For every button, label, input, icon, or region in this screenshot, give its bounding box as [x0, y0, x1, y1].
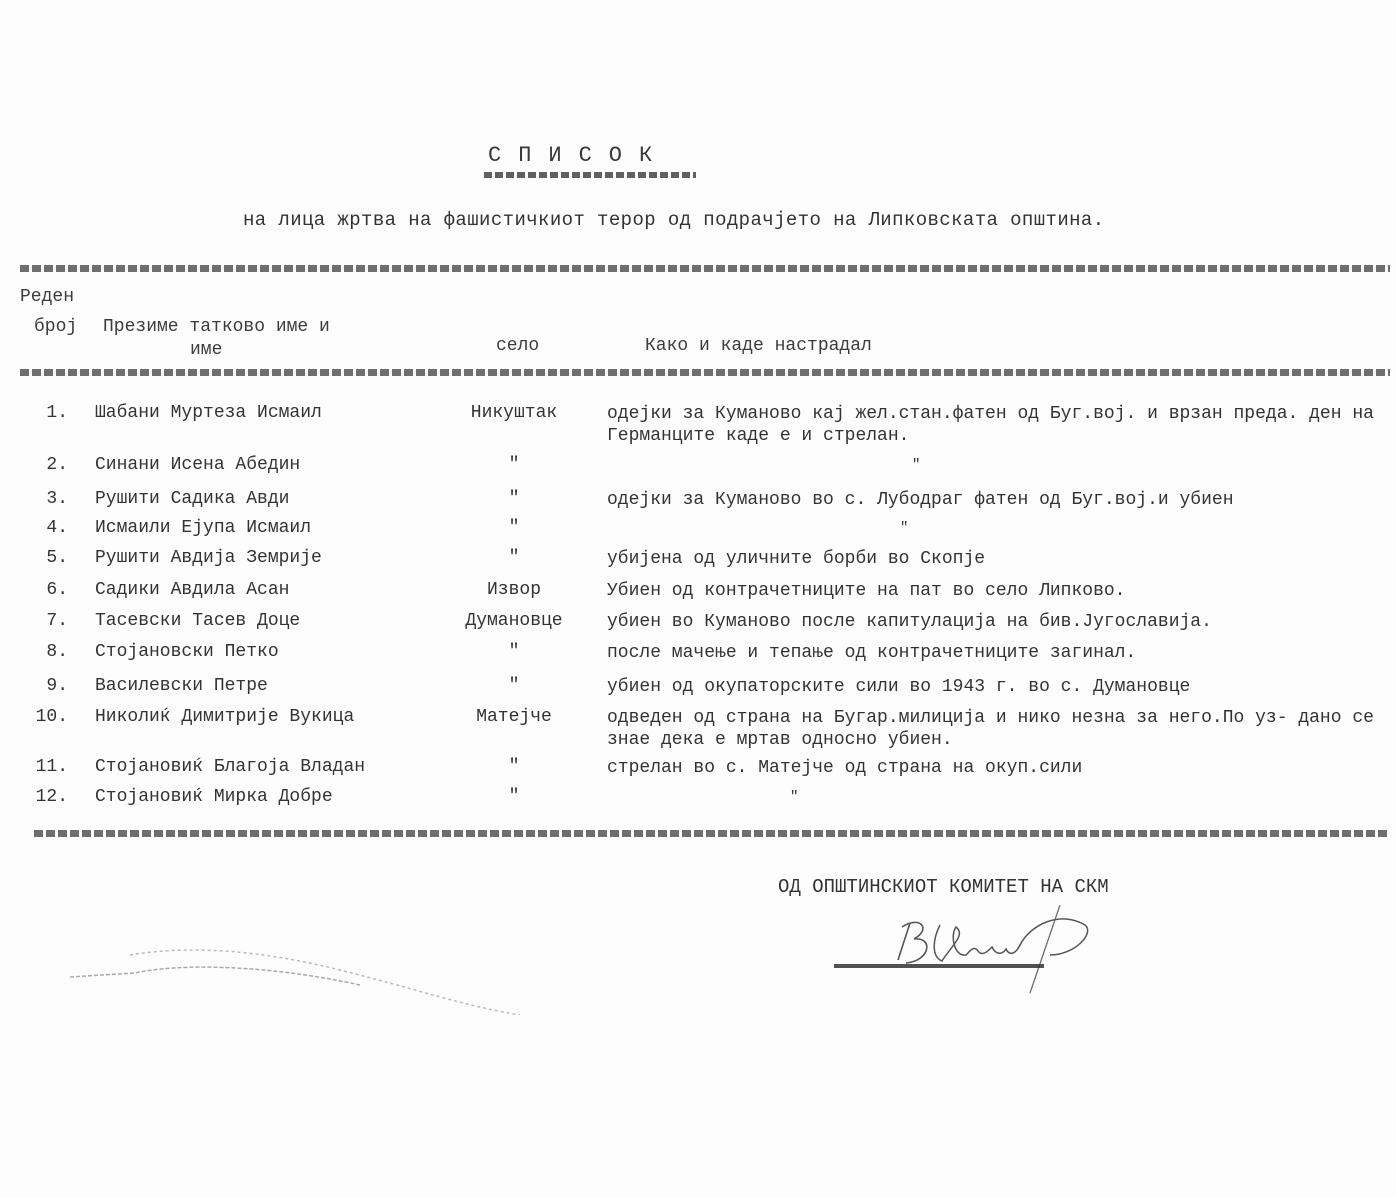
- row-description: одведен од страна на Бугар.милиција и ни…: [607, 707, 1396, 751]
- row-name: Синани Исена Абедин: [95, 455, 300, 475]
- table-bottom-rule: [34, 830, 1390, 837]
- footer-organization: ОД ОПШТИНСКИОТ КОМИТЕТ НА СКМ: [778, 876, 1109, 898]
- header-top-rule: [20, 265, 1390, 272]
- row-name: Шабани Муртеза Исмаил: [95, 403, 322, 423]
- row-number: 12.: [18, 787, 68, 807]
- signature-line: [834, 964, 1044, 968]
- row-name: Николиќ Димитрије Вукица: [95, 707, 354, 727]
- row-number: 7.: [18, 611, 68, 631]
- row-village: ": [454, 518, 574, 538]
- row-village: Думановце: [454, 611, 574, 631]
- row-number: 4.: [18, 518, 68, 538]
- row-village: ": [454, 642, 574, 662]
- row-village: ": [454, 455, 574, 475]
- row-name: Садики Авдила Асан: [95, 580, 289, 600]
- row-description-ditto: ": [912, 457, 920, 473]
- row-village: ": [454, 757, 574, 777]
- col-header-name-1: Презиме татково име и: [103, 317, 330, 337]
- row-description: после мачење и тепање од контрачетниците…: [607, 642, 1396, 664]
- row-name: Стојановски Петко: [95, 642, 279, 662]
- title-underline: [484, 172, 696, 178]
- row-village: Извор: [454, 580, 574, 600]
- row-number: 5.: [18, 548, 68, 568]
- row-number: 11.: [18, 757, 68, 777]
- row-village: ": [454, 548, 574, 568]
- row-number: 6.: [18, 580, 68, 600]
- col-header-number-2: број: [34, 317, 77, 337]
- col-header-number-1: Реден: [20, 287, 74, 307]
- row-description-ditto: ": [790, 789, 798, 805]
- row-name: Исмаили Ејупа Исмаил: [95, 518, 311, 538]
- document-page: СПИСОК на лица жртва на фашистичкиот тер…: [0, 0, 1396, 1198]
- row-number: 8.: [18, 642, 68, 662]
- row-number: 3.: [18, 489, 68, 509]
- row-name: Стојановиќ Мирка Добре: [95, 787, 333, 807]
- row-description: Убиен од контрачетниците на пат во село …: [607, 580, 1396, 602]
- row-name: Рушити Садика Авди: [95, 489, 289, 509]
- row-village: ": [454, 676, 574, 696]
- faint-scribble-mark: [40, 915, 540, 1015]
- row-village: Никуштак: [454, 403, 574, 423]
- row-description: убиен од окупаторските сили во 1943 г. в…: [607, 676, 1396, 698]
- header-bottom-rule: [20, 369, 1390, 376]
- row-number: 1.: [18, 403, 68, 423]
- row-name: Рушити Авдија Земрије: [95, 548, 322, 568]
- row-description: одејки за Куманово кај жел.стан.фатен од…: [607, 403, 1396, 447]
- row-village: Матејче: [454, 707, 574, 727]
- document-subtitle: на лица жртва на фашистичкиот терор од п…: [243, 209, 1105, 231]
- row-number: 2.: [18, 455, 68, 475]
- col-header-village: село: [496, 336, 539, 356]
- row-description: одејки за Куманово во с. Лубодраг фатен …: [607, 489, 1396, 511]
- document-title: СПИСОК: [488, 143, 669, 168]
- row-description: убијена од уличните борби во Скопје: [607, 548, 1396, 570]
- row-description-ditto: ": [900, 520, 908, 536]
- signature-mark: В.Рецин: [870, 905, 1110, 995]
- col-header-how-where: Како и каде настрадал: [645, 336, 872, 356]
- row-name: Василевски Петре: [95, 676, 268, 696]
- row-name: Тасевски Тасев Доце: [95, 611, 300, 631]
- row-description: убиен во Куманово после капитулација на …: [607, 611, 1396, 633]
- row-number: 9.: [18, 676, 68, 696]
- row-village: ": [454, 489, 574, 509]
- row-name: Стојановиќ Благоја Владан: [95, 757, 365, 777]
- row-number: 10.: [18, 707, 68, 727]
- row-description: стрелан во с. Матејче од страна на окуп.…: [607, 757, 1396, 779]
- col-header-name-2: име: [190, 340, 222, 360]
- row-village: ": [454, 787, 574, 807]
